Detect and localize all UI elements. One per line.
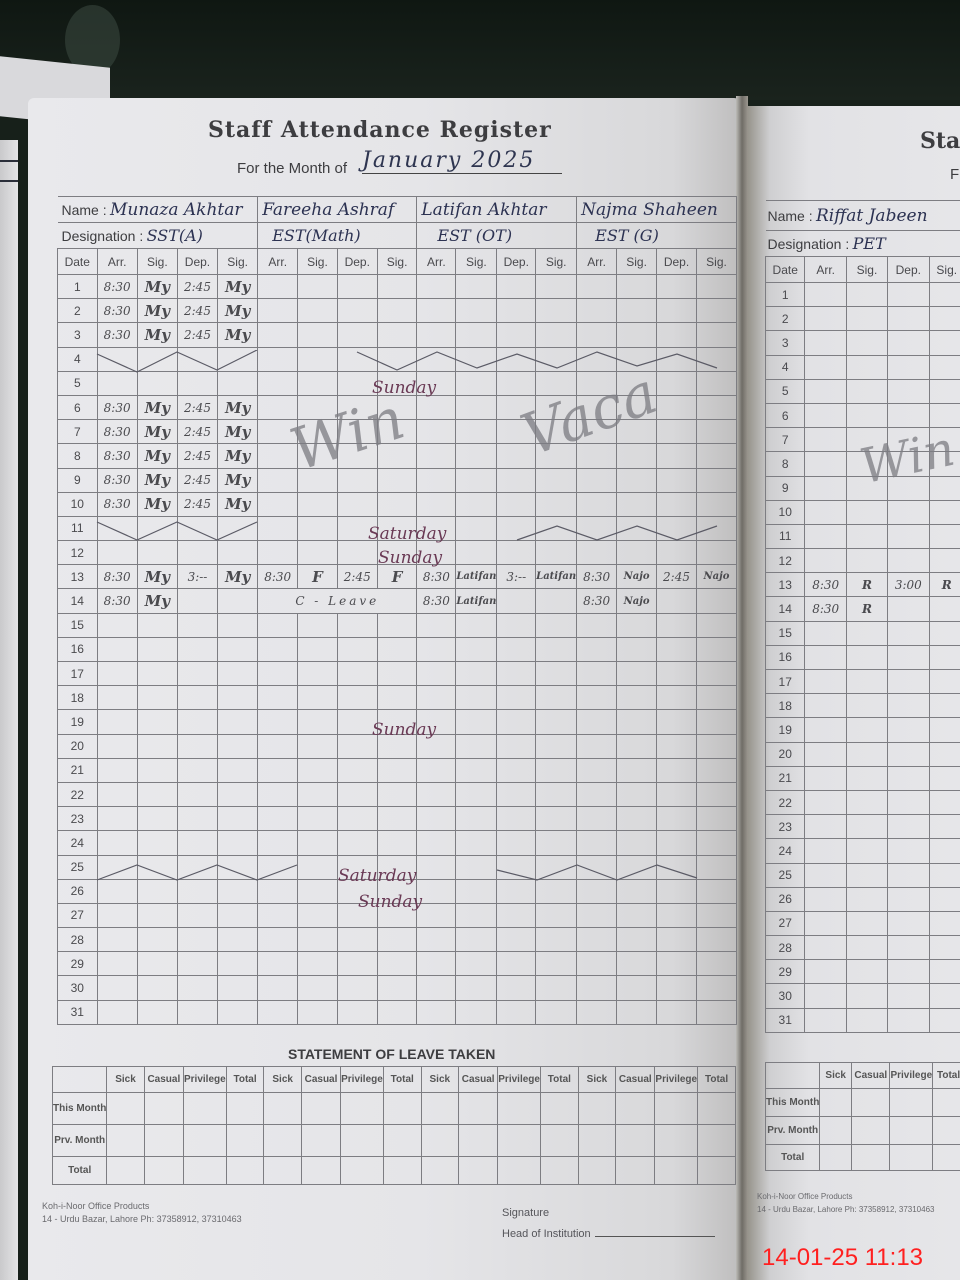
staff-2-designation: EST(Math) bbox=[272, 226, 360, 245]
date-cell: 22 bbox=[766, 790, 805, 814]
register-title: Staff Attendance Register bbox=[208, 117, 552, 143]
leave-cell bbox=[540, 1093, 578, 1125]
arrival-cell bbox=[805, 621, 846, 645]
signature-cell bbox=[846, 403, 887, 427]
departure-cell bbox=[337, 275, 377, 299]
table-row: 26 bbox=[766, 887, 960, 911]
leave-cell bbox=[852, 1089, 890, 1117]
leave-cell bbox=[107, 1157, 144, 1185]
leave-row-label: Prv. Month bbox=[53, 1125, 107, 1157]
leave-cell bbox=[890, 1089, 933, 1117]
staff-4-designation: EST (G) bbox=[595, 226, 659, 245]
signature-cell bbox=[218, 952, 258, 976]
signature-cell bbox=[929, 718, 960, 742]
date-cell: 14 bbox=[766, 597, 805, 621]
signature-cell bbox=[846, 742, 887, 766]
signature-cell bbox=[456, 299, 497, 323]
departure-cell: 2:45 bbox=[177, 323, 217, 347]
leave-cell bbox=[264, 1093, 301, 1125]
leave-cell bbox=[341, 1093, 384, 1125]
departure-cell bbox=[177, 928, 217, 952]
leave-header-privilege: Privilege bbox=[183, 1067, 226, 1093]
leave-cell bbox=[578, 1157, 615, 1185]
saturday-note-4: Saturday bbox=[338, 866, 416, 886]
signature-cell bbox=[536, 1000, 577, 1024]
arrival-cell bbox=[805, 549, 846, 573]
table-row: 30 bbox=[766, 984, 960, 1008]
arrival-cell bbox=[577, 1000, 617, 1024]
departure-cell bbox=[177, 976, 217, 1000]
signature-cell bbox=[298, 275, 338, 299]
leave-header-casual: Casual bbox=[459, 1067, 498, 1093]
arrival-cell bbox=[805, 524, 846, 548]
saturday-note-2: Saturday bbox=[368, 524, 446, 544]
arrival-cell bbox=[417, 928, 456, 952]
leave-statement-table: SickCasualPrivilegeTotalSickCasualPrivil… bbox=[52, 1066, 736, 1185]
arrival-cell bbox=[805, 790, 846, 814]
departure-cell bbox=[888, 355, 929, 379]
header-dep: Dep. bbox=[177, 249, 217, 275]
leave-header-total: Total bbox=[383, 1067, 421, 1093]
leave-cell bbox=[107, 1125, 144, 1157]
leave-header-casual: Casual bbox=[852, 1063, 890, 1089]
arrival-cell bbox=[805, 887, 846, 911]
header-dep: Dep. bbox=[337, 249, 377, 275]
designation-label: Designation : bbox=[62, 228, 144, 244]
header-date: Date bbox=[58, 249, 98, 275]
signature-cell: My bbox=[137, 299, 177, 323]
date-cell: 29 bbox=[58, 952, 98, 976]
departure-cell bbox=[888, 331, 929, 355]
arrival-cell bbox=[258, 299, 298, 323]
publisher-name: Koh-i-Noor Office Products bbox=[42, 1200, 242, 1213]
arrival-cell bbox=[805, 355, 846, 379]
signature-cell bbox=[929, 524, 960, 548]
signature-cell bbox=[929, 355, 960, 379]
signature-cell bbox=[536, 299, 577, 323]
leave-cell bbox=[698, 1125, 736, 1157]
leave-cell bbox=[890, 1145, 933, 1171]
signature-cell bbox=[617, 323, 657, 347]
date-cell: 9 bbox=[766, 476, 805, 500]
header-arr: Arr. bbox=[805, 257, 846, 283]
signature-cell bbox=[846, 839, 887, 863]
arrival-cell bbox=[805, 742, 846, 766]
leave-row-label: This Month bbox=[766, 1089, 820, 1117]
arrival-cell bbox=[577, 952, 617, 976]
signature-cell bbox=[929, 549, 960, 573]
signature-cell bbox=[377, 952, 417, 976]
signature-cell bbox=[377, 299, 417, 323]
signature-cell: My bbox=[137, 323, 177, 347]
leave-cell bbox=[852, 1117, 890, 1145]
right-publisher-info: Koh-i-Noor Office Products 14 - Urdu Baz… bbox=[757, 1190, 934, 1216]
header-dep: Dep. bbox=[497, 249, 536, 275]
signature-cell: R bbox=[929, 573, 960, 597]
header-arr: Arr. bbox=[417, 249, 456, 275]
leave-cell bbox=[421, 1093, 458, 1125]
leave-header-sick: Sick bbox=[264, 1067, 301, 1093]
staff-4-name: Najma Shaheen bbox=[581, 200, 718, 220]
arrival-cell bbox=[258, 976, 298, 1000]
signature-cell bbox=[846, 379, 887, 403]
table-row: 12 bbox=[766, 549, 960, 573]
table-row: 31 bbox=[58, 1000, 737, 1024]
signature-cell bbox=[929, 1008, 960, 1032]
leave-cell bbox=[540, 1157, 578, 1185]
departure-cell bbox=[888, 742, 929, 766]
signature-cell bbox=[536, 976, 577, 1000]
signature-cell bbox=[929, 742, 960, 766]
departure-cell bbox=[337, 1000, 377, 1024]
signature-cell bbox=[456, 976, 497, 1000]
arrival-cell bbox=[805, 911, 846, 935]
leave-statement-title: STATEMENT OF LEAVE TAKEN bbox=[288, 1046, 495, 1062]
departure-cell bbox=[177, 1000, 217, 1024]
leave-header-sick: Sick bbox=[421, 1067, 458, 1093]
departure-cell bbox=[888, 283, 929, 307]
right-staff-designation-cell: Designation : PET bbox=[766, 231, 960, 257]
signature-cell bbox=[697, 275, 737, 299]
right-leave-row: This Month bbox=[766, 1089, 960, 1117]
right-leave-row: Total bbox=[766, 1145, 960, 1171]
name-label: Name : bbox=[768, 208, 813, 224]
signature-cell bbox=[377, 323, 417, 347]
table-row: 31 bbox=[766, 1008, 960, 1032]
left-binder-edge bbox=[0, 140, 18, 1280]
arrival-cell bbox=[97, 928, 137, 952]
leave-header-privilege: Privilege bbox=[655, 1067, 698, 1093]
leave-cell bbox=[264, 1125, 301, 1157]
signature-cell bbox=[456, 952, 497, 976]
signature-cell bbox=[617, 299, 657, 323]
arrival-cell: 8:30 bbox=[805, 597, 846, 621]
leave-header-privilege: Privilege bbox=[341, 1067, 384, 1093]
leave-cell bbox=[144, 1093, 183, 1125]
signature-cell bbox=[929, 887, 960, 911]
departure-cell bbox=[497, 928, 536, 952]
signature-cell bbox=[929, 331, 960, 355]
signature-cell bbox=[846, 621, 887, 645]
leave-cell bbox=[852, 1145, 890, 1171]
table-row: 10 bbox=[766, 500, 960, 524]
signature-cell bbox=[929, 645, 960, 669]
signature-cell bbox=[929, 597, 960, 621]
header-sig: Sig. bbox=[617, 249, 657, 275]
arrival-cell bbox=[805, 403, 846, 427]
table-row: 19 bbox=[766, 718, 960, 742]
arrival-cell bbox=[805, 815, 846, 839]
signature-cell bbox=[298, 928, 338, 952]
arrival-cell bbox=[805, 645, 846, 669]
signature-cell bbox=[929, 790, 960, 814]
signature-cell bbox=[377, 1000, 417, 1024]
arrival-cell bbox=[805, 960, 846, 984]
departure-cell bbox=[888, 839, 929, 863]
signature-cell bbox=[697, 1000, 737, 1024]
date-cell: 28 bbox=[58, 928, 98, 952]
signature-cell bbox=[456, 275, 497, 299]
departure-cell bbox=[657, 976, 697, 1000]
signature-cell bbox=[846, 549, 887, 573]
leave-header-total: Total bbox=[226, 1067, 264, 1093]
leave-header-casual: Casual bbox=[144, 1067, 183, 1093]
arrival-cell bbox=[805, 1008, 846, 1032]
table-row: 18:30My2:45My bbox=[58, 275, 737, 299]
date-cell: 13 bbox=[766, 573, 805, 597]
arrival-cell bbox=[97, 976, 137, 1000]
publisher-address: 14 - Urdu Bazar, Lahore Ph: 37358912, 37… bbox=[42, 1213, 242, 1226]
table-row: 38:30My2:45My bbox=[58, 323, 737, 347]
arrival-cell bbox=[97, 952, 137, 976]
departure-cell bbox=[657, 1000, 697, 1024]
table-row: 17 bbox=[766, 670, 960, 694]
signature-cell bbox=[846, 936, 887, 960]
designation-label: Designation : bbox=[768, 236, 850, 252]
departure-cell bbox=[888, 936, 929, 960]
departure-cell bbox=[497, 275, 536, 299]
arrival-cell bbox=[258, 275, 298, 299]
arrival-cell bbox=[805, 936, 846, 960]
leave-cell bbox=[820, 1145, 852, 1171]
leave-cell bbox=[616, 1157, 655, 1185]
arrival-cell: 8:30 bbox=[97, 275, 137, 299]
date-cell: 7 bbox=[766, 428, 805, 452]
leave-cell bbox=[383, 1093, 421, 1125]
leave-header-sick: Sick bbox=[107, 1067, 144, 1093]
table-row: 28:30My2:45My bbox=[58, 299, 737, 323]
leave-corner bbox=[766, 1063, 820, 1089]
date-cell: 16 bbox=[766, 645, 805, 669]
date-cell: 2 bbox=[766, 307, 805, 331]
signature-cell bbox=[617, 928, 657, 952]
departure-cell bbox=[888, 1008, 929, 1032]
leave-header-sick: Sick bbox=[820, 1063, 852, 1089]
date-cell: 1 bbox=[58, 275, 98, 299]
departure-cell bbox=[888, 549, 929, 573]
signature-cell bbox=[929, 936, 960, 960]
leave-cell bbox=[616, 1125, 655, 1157]
signature-cell bbox=[929, 911, 960, 935]
signature-cell bbox=[218, 1000, 258, 1024]
arrival-cell bbox=[805, 331, 846, 355]
right-leave-table: Sick Casual Privilege Total This Month P… bbox=[765, 1062, 960, 1171]
table-row: 15 bbox=[766, 621, 960, 645]
leave-cell bbox=[498, 1093, 541, 1125]
date-cell: 18 bbox=[766, 694, 805, 718]
header-sig: Sig. bbox=[846, 257, 887, 283]
leave-cell bbox=[301, 1125, 340, 1157]
signature-cell bbox=[846, 331, 887, 355]
departure-cell bbox=[497, 976, 536, 1000]
leave-header-privilege: Privilege bbox=[890, 1063, 933, 1089]
departure-cell: 2:45 bbox=[177, 299, 217, 323]
arrival-cell bbox=[805, 476, 846, 500]
arrival-cell bbox=[417, 952, 456, 976]
signature-cell bbox=[456, 928, 497, 952]
arrival-cell bbox=[805, 307, 846, 331]
staff-2-name-cell: Fareeha Ashraf bbox=[258, 197, 417, 223]
leave-cell bbox=[933, 1145, 960, 1171]
departure-cell bbox=[497, 323, 536, 347]
table-row: 28 bbox=[766, 936, 960, 960]
signature-cell bbox=[929, 670, 960, 694]
date-cell: 21 bbox=[766, 766, 805, 790]
signature-line bbox=[595, 1236, 715, 1237]
table-row: 138:30R3:00R bbox=[766, 573, 960, 597]
staff-4-name-cell: Najma Shaheen bbox=[577, 197, 737, 223]
table-row: 3 bbox=[766, 331, 960, 355]
leave-row-this-month: This Month bbox=[53, 1093, 736, 1125]
date-cell: 5 bbox=[766, 379, 805, 403]
leave-header-total: Total bbox=[540, 1067, 578, 1093]
signature-cell bbox=[846, 1008, 887, 1032]
leave-cell bbox=[183, 1125, 226, 1157]
arrival-cell bbox=[805, 670, 846, 694]
signature-cell bbox=[846, 887, 887, 911]
signature-cell bbox=[929, 283, 960, 307]
leave-cell bbox=[226, 1093, 264, 1125]
header-sig: Sig. bbox=[137, 249, 177, 275]
arrival-cell: 8:30 bbox=[97, 299, 137, 323]
signature-cell bbox=[617, 952, 657, 976]
departure-cell bbox=[888, 911, 929, 935]
leave-row-prv-month: Prv. Month bbox=[53, 1125, 736, 1157]
publisher-info: Koh-i-Noor Office Products 14 - Urdu Baz… bbox=[42, 1200, 242, 1226]
signature-cell bbox=[929, 815, 960, 839]
date-cell: 20 bbox=[766, 742, 805, 766]
date-cell: 2 bbox=[58, 299, 98, 323]
staff-3-designation-cell: EST (OT) bbox=[417, 223, 577, 249]
publisher-address: 14 - Urdu Bazar, Lahore Ph: 37358912, 37… bbox=[757, 1203, 934, 1216]
leave-cell bbox=[933, 1117, 960, 1145]
arrival-cell bbox=[258, 1000, 298, 1024]
signature-cell bbox=[846, 960, 887, 984]
header-arr: Arr. bbox=[577, 249, 617, 275]
staff-3-designation: EST (OT) bbox=[437, 226, 512, 245]
departure-cell bbox=[337, 299, 377, 323]
leave-cell bbox=[459, 1093, 498, 1125]
departure-cell bbox=[657, 928, 697, 952]
signature-cell bbox=[218, 976, 258, 1000]
right-staff-name: Riffat Jabeen bbox=[816, 206, 928, 226]
date-cell: 25 bbox=[766, 863, 805, 887]
leave-cell bbox=[183, 1093, 226, 1125]
departure-cell bbox=[888, 863, 929, 887]
table-row: 18 bbox=[766, 694, 960, 718]
table-row: 4 bbox=[766, 355, 960, 379]
staff-4-designation-cell: EST (G) bbox=[577, 223, 737, 249]
arrival-cell bbox=[805, 283, 846, 307]
leave-header-sick: Sick bbox=[578, 1067, 615, 1093]
departure-cell bbox=[888, 887, 929, 911]
signature-cell bbox=[697, 323, 737, 347]
leave-row-label: Total bbox=[53, 1157, 107, 1185]
departure-cell bbox=[657, 299, 697, 323]
leave-cell bbox=[540, 1125, 578, 1157]
date-cell: 23 bbox=[766, 815, 805, 839]
signature-label: Signature bbox=[502, 1203, 715, 1224]
leave-cell bbox=[144, 1125, 183, 1157]
departure-cell: 2:45 bbox=[177, 275, 217, 299]
departure-cell bbox=[888, 645, 929, 669]
leave-cell bbox=[459, 1125, 498, 1157]
departure-cell bbox=[337, 952, 377, 976]
right-page-month-label: F bbox=[950, 166, 959, 183]
signature-cell bbox=[617, 976, 657, 1000]
right-column-header-row: Date Arr. Sig. Dep. Sig. bbox=[766, 257, 960, 283]
signature-cell: My bbox=[137, 275, 177, 299]
signature-cell: R bbox=[846, 573, 887, 597]
signature-cell bbox=[846, 524, 887, 548]
signature-cell: My bbox=[218, 299, 258, 323]
signature-cell bbox=[929, 839, 960, 863]
date-cell: 24 bbox=[766, 839, 805, 863]
signature-block: Signature Head of Institution bbox=[502, 1203, 715, 1245]
book-spine bbox=[736, 96, 748, 1280]
sunday-note-3: Sunday bbox=[372, 720, 436, 740]
table-row: 27 bbox=[766, 911, 960, 935]
arrival-cell bbox=[805, 718, 846, 742]
staff-3-name: Latifan Akhtar bbox=[421, 200, 546, 220]
signature-cell bbox=[456, 323, 497, 347]
leave-cell bbox=[383, 1125, 421, 1157]
staff-1-designation-cell: Designation : SST(A) bbox=[58, 223, 258, 249]
leave-cell bbox=[341, 1125, 384, 1157]
signature-cell bbox=[929, 307, 960, 331]
date-cell: 31 bbox=[766, 1008, 805, 1032]
leave-header-row: SickCasualPrivilegeTotalSickCasualPrivil… bbox=[53, 1067, 736, 1093]
header-arr: Arr. bbox=[258, 249, 298, 275]
sunday-note-2: Sunday bbox=[378, 548, 442, 568]
date-cell: 31 bbox=[58, 1000, 98, 1024]
arrival-cell bbox=[258, 952, 298, 976]
signature-cell bbox=[697, 976, 737, 1000]
departure-cell bbox=[657, 952, 697, 976]
date-cell: 12 bbox=[766, 549, 805, 573]
departure-cell bbox=[888, 307, 929, 331]
departure-cell bbox=[888, 718, 929, 742]
signature-cell bbox=[617, 1000, 657, 1024]
table-row: 21 bbox=[766, 766, 960, 790]
departure-cell bbox=[657, 323, 697, 347]
arrival-cell bbox=[577, 275, 617, 299]
right-leave-row: Prv. Month bbox=[766, 1117, 960, 1145]
table-row: 16 bbox=[766, 645, 960, 669]
departure-cell bbox=[888, 790, 929, 814]
leave-header-casual: Casual bbox=[301, 1067, 340, 1093]
arrival-cell bbox=[258, 928, 298, 952]
table-row: 22 bbox=[766, 790, 960, 814]
date-cell: 19 bbox=[766, 718, 805, 742]
name-row: Name : Munaza Akhtar Fareeha Ashraf Lati… bbox=[58, 197, 737, 223]
date-cell: 11 bbox=[766, 524, 805, 548]
signature-cell: My bbox=[218, 275, 258, 299]
departure-cell bbox=[888, 960, 929, 984]
leave-cell bbox=[264, 1157, 301, 1185]
signature-cell bbox=[137, 952, 177, 976]
arrival-cell bbox=[805, 694, 846, 718]
header-dep: Dep. bbox=[657, 249, 697, 275]
departure-cell bbox=[337, 323, 377, 347]
date-cell: 4 bbox=[766, 355, 805, 379]
leave-cell bbox=[421, 1157, 458, 1185]
date-cell: 30 bbox=[766, 984, 805, 1008]
departure-cell bbox=[337, 976, 377, 1000]
signature-cell bbox=[846, 790, 887, 814]
signature-cell bbox=[617, 275, 657, 299]
publisher-name: Koh-i-Noor Office Products bbox=[757, 1190, 934, 1203]
